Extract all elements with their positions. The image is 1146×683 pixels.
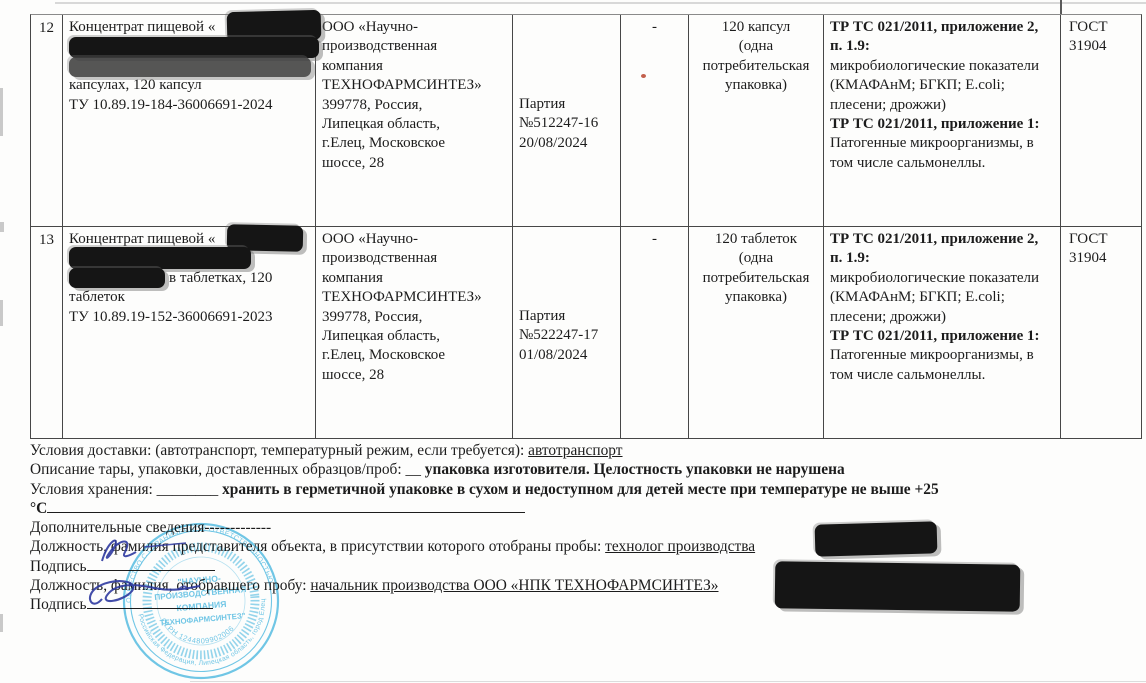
batch-cell: Партия №512247-16 20/08/2024 bbox=[513, 15, 621, 227]
batch-cell: Партия №522247-17 01/08/2024 bbox=[513, 227, 621, 438]
scan-artifact-top-line bbox=[55, 2, 1146, 4]
scan-artifact-left-edge bbox=[0, 614, 3, 632]
degrees-label: °С bbox=[30, 500, 47, 517]
delivery-label: Условия доставки: (автотранспорт, темпер… bbox=[30, 442, 528, 459]
representative-line: Должность, фамилия представителя объекта… bbox=[30, 537, 1144, 556]
product-name-cell: Концентрат пищевой « в таблетках, 120 та… bbox=[63, 227, 316, 438]
blank-underscores: ________ bbox=[157, 481, 222, 498]
product-tu-line: ТУ 10.89.19-152-36006691-2023 bbox=[69, 308, 309, 327]
representative-value: технолог производства bbox=[605, 538, 755, 555]
redaction-box bbox=[775, 561, 1021, 611]
gost-cell: ГОСТ 31904 bbox=[1061, 227, 1141, 438]
storage-conditions-line: Условия хранения: ________ хранить в гер… bbox=[30, 480, 1144, 499]
signature-label: Подпись bbox=[30, 558, 87, 575]
requirement-heading: ТР ТС 021/2011, приложение 1: bbox=[830, 115, 1054, 134]
product-name-prefix: Концентрат пищевой « bbox=[69, 19, 215, 35]
quantity-cell: 120 таблеток (одна потребительская упако… bbox=[689, 227, 824, 438]
delivery-conditions-line: Условия доставки: (автотранспорт, темпер… bbox=[30, 441, 1144, 460]
quantity-cell: 120 капсул (одна потребительская упаковк… bbox=[689, 15, 824, 227]
delivery-value: автотранспорт bbox=[528, 442, 622, 459]
scan-artifact-bottom-line bbox=[190, 681, 1146, 682]
redaction-box bbox=[69, 57, 311, 77]
storage-conditions-line2: °С bbox=[30, 499, 1144, 518]
sampler-value: начальник производства ООО «НПК ТЕХНОФАР… bbox=[310, 577, 718, 594]
redaction-box bbox=[815, 521, 938, 556]
packaging-description-line: Описание тары, упаковки, доставленных об… bbox=[30, 460, 1144, 479]
requirements-cell: ТР ТС 021/2011, приложение 2, п. 1.9: ми… bbox=[824, 15, 1061, 227]
packaging-value: упаковка изготовителя. Целостность упако… bbox=[425, 461, 845, 478]
scan-artifact-left-edge bbox=[0, 222, 4, 232]
signature-label: Подпись bbox=[30, 596, 87, 613]
requirement-text: микробиологические показатели (КМАФАнМ; … bbox=[830, 269, 1054, 327]
requirement-heading: ТР ТС 021/2011, приложение 1: bbox=[830, 327, 1054, 346]
packaging-label: Описание тары, упаковки, доставленных об… bbox=[30, 461, 406, 478]
row-number-cell: 12 bbox=[31, 15, 63, 227]
requirement-heading: ТР ТС 021/2011, приложение 2, п. 1.9: bbox=[830, 18, 1054, 57]
manufacturer-cell: ООО «Научно- производственная компания Т… bbox=[316, 15, 513, 227]
table-column-remnant-line bbox=[1060, 0, 1062, 14]
blank-line bbox=[87, 595, 213, 609]
gost-cell: ГОСТ 31904 bbox=[1061, 15, 1141, 227]
blank-underscores: __ bbox=[406, 461, 425, 478]
requirement-text: микробиологические показатели (КМАФАнМ; … bbox=[830, 57, 1054, 115]
additional-info-line: Дополнительные сведения------------- bbox=[30, 518, 1144, 537]
product-name-prefix: Концентрат пищевой « bbox=[69, 231, 215, 247]
requirements-cell: ТР ТС 021/2011, приложение 2, п. 1.9: ми… bbox=[824, 227, 1061, 438]
scanned-document-page: 12 Концентрат пищевой « капсулах, 120 ка… bbox=[0, 0, 1146, 683]
manufacturer-cell: ООО «Научно- производственная компания Т… bbox=[316, 227, 513, 438]
product-tu-line: ТУ 10.89.19-184-36006691-2024 bbox=[69, 96, 309, 115]
product-form-line: таблеток bbox=[69, 288, 309, 307]
storage-value: хранить в герметичной упаковке в сухом и… bbox=[222, 481, 939, 498]
requirement-text: Патогенные микроорганизмы, в том числе с… bbox=[830, 346, 1054, 385]
blank-line bbox=[47, 499, 525, 513]
redaction-box bbox=[69, 268, 165, 288]
blank-line bbox=[87, 557, 215, 571]
sampling-protocol-table: 12 Концентрат пищевой « капсулах, 120 ка… bbox=[30, 14, 1142, 439]
redaction-box bbox=[69, 247, 251, 269]
requirement-heading: ТР ТС 021/2011, приложение 2, п. 1.9: bbox=[830, 230, 1054, 269]
requirement-text: Патогенные микроорганизмы, в том числе с… bbox=[830, 134, 1054, 173]
row-number-cell: 13 bbox=[31, 227, 63, 438]
dash-cell: - bbox=[621, 227, 689, 438]
representative-label: Должность, фамилия представителя объекта… bbox=[30, 538, 605, 555]
product-form-line: капсулах, 120 капсул bbox=[69, 76, 309, 95]
product-name-cell: Концентрат пищевой « капсулах, 120 капсу… bbox=[63, 15, 316, 227]
dash-cell: - bbox=[621, 15, 689, 227]
storage-label: Условия хранения: bbox=[30, 481, 157, 498]
scan-artifact-left-edge bbox=[0, 300, 3, 326]
redaction-box bbox=[69, 37, 319, 58]
sampler-label: Должность, фамилия, отобравшего пробу: bbox=[30, 577, 310, 594]
scan-artifact-left-edge bbox=[0, 88, 3, 136]
stamp-ogrn-text: ОГРН 1244809902006 bbox=[158, 610, 236, 649]
